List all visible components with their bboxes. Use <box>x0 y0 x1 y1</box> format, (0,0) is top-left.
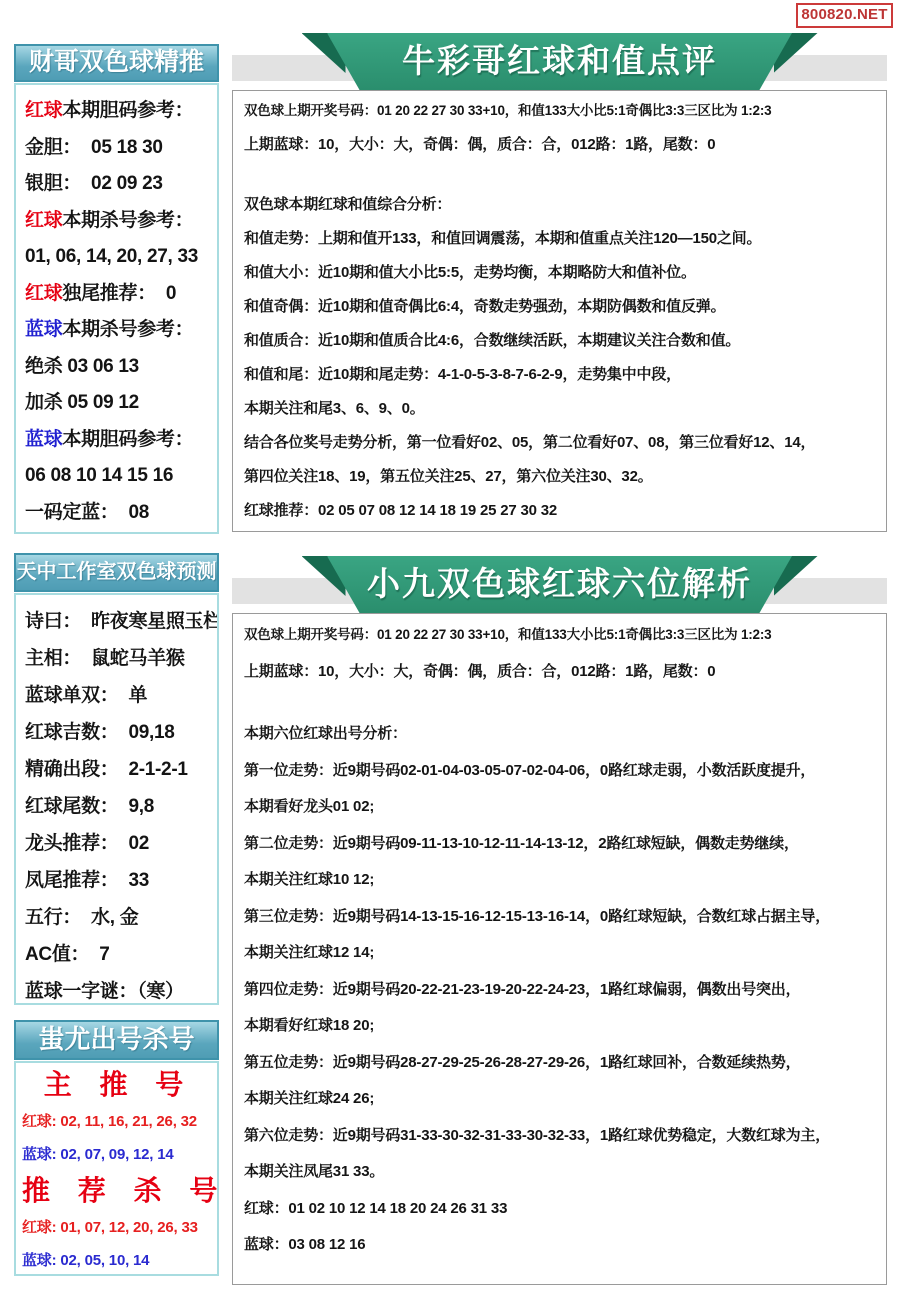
text-span: 本期关注凤尾31 33。 <box>244 1163 384 1180</box>
text-line: 红球: 01, 07, 12, 20, 26, 33 <box>22 1211 215 1244</box>
text-span: 本期看好红球18 20; <box>244 1017 374 1034</box>
panel-xiaojiu-content: 双色球上期开奖号码：01 20 22 27 30 33+10，和值133大小比5… <box>232 613 887 1285</box>
text-line: 本期关注凤尾31 33。 <box>244 1154 875 1191</box>
text-span: 蓝球一字谜：（寒） <box>25 981 184 1002</box>
text-line: 凤尾推荐： 33 <box>25 862 213 899</box>
text-span: 第三位走势：近9期号码14-13-15-16-12-15-13-16-14，0路… <box>244 908 830 925</box>
text-line: 红球：01 02 10 12 14 18 20 24 26 31 33 <box>244 1191 875 1228</box>
text-span: 双色球上期开奖号码：01 20 22 27 30 33+10，和值133大小比5… <box>244 103 771 118</box>
text-line: 和值大小：近10期和值大小比5:5，走势均衡，本期略防大和值补位。 <box>244 256 875 290</box>
text-span: 本期杀号参考： <box>62 210 193 231</box>
text-line: 蓝球：03 08 12 16 <box>244 1227 875 1264</box>
text-line: 龙头推荐： 02 <box>25 825 213 862</box>
text-span: 银胆： 02 09 23 <box>25 173 163 194</box>
text-span: 和值走势：上期和值开133，和值回调震荡，本期和值重点关注120—150之间。 <box>244 230 761 247</box>
text-line: 第四位关注18、19，第五位关注25、27，第六位关注30、32。 <box>244 460 875 494</box>
text-line: 第六位走势：近9期号码31-33-30-32-31-33-30-32-33，1路… <box>244 1118 875 1155</box>
text-span: 红球: 02, 11, 16, 21, 26, 32 <box>22 1113 197 1130</box>
panel-tianzhong-content: 诗曰： 昨夜寒星照玉栏主相： 鼠蛇马羊猴蓝球单双： 单红球吉数： 09,18精确… <box>14 593 219 1005</box>
text-line: 双色球上期开奖号码：01 20 22 27 30 33+10，和值133大小比5… <box>244 617 875 654</box>
text-span: 01, 06, 14, 20, 27, 33 <box>25 246 198 267</box>
text-span: 本期关注和尾3、6、9、0。 <box>244 400 425 417</box>
text-line: 第五位走势：近9期号码28-27-29-25-26-28-27-29-26，1路… <box>244 1045 875 1082</box>
text-line: 加杀 05 09 12 <box>25 385 213 422</box>
text-span: 推 荐 杀 号 <box>22 1175 219 1206</box>
panel-caige-title: 财哥双色球精推 <box>14 44 219 82</box>
text-span: 和值和尾：近10期和尾走势：4-1-0-5-3-8-7-6-2-9，走势集中中段… <box>244 366 681 383</box>
text-span: 本期胆码参考： <box>62 100 193 121</box>
text-line: 红球本期杀号参考： <box>25 203 213 240</box>
text-span: AC值： 7 <box>25 944 109 965</box>
text-line: 本期看好龙头01 02; <box>244 789 875 826</box>
panel-xiaojiu: 小九双色球红球六位解析 双色球上期开奖号码：01 20 22 27 30 33+… <box>232 556 887 1285</box>
site-badge: 800820.NET <box>796 3 893 28</box>
text-span: 双色球上期开奖号码：01 20 22 27 30 33+10，和值133大小比5… <box>244 627 771 642</box>
text-span: 上期蓝球：10，大小：大，奇偶：偶，质合：合，012路：1路，尾数：0 <box>244 663 715 680</box>
text-span: 蓝球：03 08 12 16 <box>244 1236 365 1253</box>
text-line: 本期看好红球18 20; <box>244 1008 875 1045</box>
text-span: 双色球本期红球和值综合分析： <box>244 196 451 213</box>
text-span: 主相： 鼠蛇马羊猴 <box>25 648 185 669</box>
panel-chiyou-content: 主 推 号红球: 02, 11, 16, 21, 26, 32蓝球: 02, 0… <box>14 1061 219 1276</box>
text-span: 蓝球 <box>25 429 62 450</box>
text-line: 本期关注红球24 26; <box>244 1081 875 1118</box>
blank-line <box>244 162 875 188</box>
panel-caige-content: 红球本期胆码参考：金胆： 05 18 30银胆： 02 09 23红球本期杀号参… <box>14 83 219 534</box>
text-line: 五行： 水, 金 <box>25 899 213 936</box>
text-line: 绝杀 03 06 13 <box>25 349 213 386</box>
text-span: 蓝球: 02, 05, 10, 14 <box>22 1252 149 1269</box>
panel-caige: 财哥双色球精推 红球本期胆码参考：金胆： 05 18 30银胆： 02 09 2… <box>14 44 219 534</box>
text-span: 和值质合：近10期和值质合比4:6，合数继续活跃，本期建议关注合数和值。 <box>244 332 740 349</box>
text-line: 蓝球本期胆码参考： <box>25 422 213 459</box>
panel-chiyou-title: 蚩尤出号杀号 <box>14 1020 219 1060</box>
text-line: 蓝球单双： 单 <box>25 677 213 714</box>
text-span: 主 推 号 <box>44 1069 194 1100</box>
panel-niucaige-content: 双色球上期开奖号码：01 20 22 27 30 33+10，和值133大小比5… <box>232 90 887 532</box>
text-span: 加杀 05 09 12 <box>25 392 139 413</box>
text-span: 本期胆码参考： <box>62 429 193 450</box>
text-span: 本期关注红球12 14; <box>244 944 374 961</box>
text-span: 第一位走势：近9期号码02-01-04-03-05-07-02-04-06，0路… <box>244 762 815 779</box>
text-span: 凤尾推荐： 33 <box>25 870 149 891</box>
text-line: 推 荐 杀 号 <box>22 1171 215 1211</box>
text-span: 精确出段： 2-1-2-1 <box>25 759 188 780</box>
page: 800820.NET 财哥双色球精推 红球本期胆码参考：金胆： 05 18 30… <box>0 0 900 1298</box>
banner-xiaojiu: 小九双色球红球六位解析 <box>232 556 887 613</box>
panel-tianzhong-title: 天中工作室双色球预测 <box>14 553 219 592</box>
text-line: 本期关注和尾3、6、9、0。 <box>244 392 875 426</box>
text-line: 双色球本期红球和值综合分析： <box>244 188 875 222</box>
text-line: 蓝球一字谜：（寒） <box>25 973 213 1005</box>
text-line: 本期关注红球10 12; <box>244 862 875 899</box>
text-line: 红球吉数： 09,18 <box>25 714 213 751</box>
text-line: 和值奇偶：近10期和值奇偶比6:4，奇数走势强劲，本期防偶数和值反弹。 <box>244 290 875 324</box>
text-span: 蓝球单双： 单 <box>25 685 147 706</box>
text-span: 本期关注红球24 26; <box>244 1090 374 1107</box>
text-span: 第四位走势：近9期号码20-22-21-23-19-20-22-24-23，1路… <box>244 981 800 998</box>
text-span: 红球 <box>25 283 62 304</box>
text-line: AC值： 7 <box>25 936 213 973</box>
text-line: 本期六位红球出号分析： <box>244 716 875 753</box>
text-span: 五行： 水, 金 <box>25 907 138 928</box>
text-span: 独尾推荐： 0 <box>62 283 176 304</box>
text-span: 结合各位奖号走势分析，第一位看好02、05，第二位看好07、08，第三位看好12… <box>244 434 815 451</box>
text-span: 绝杀 03 06 13 <box>25 356 139 377</box>
text-span: 第二位走势：近9期号码09-11-13-10-12-11-14-13-12，2路… <box>244 835 799 852</box>
text-span: 06 08 10 14 15 16 <box>25 465 173 486</box>
text-line: 双色球上期开奖号码：01 20 22 27 30 33+10，和值133大小比5… <box>244 94 875 128</box>
text-line: 主 推 号 <box>22 1065 215 1105</box>
text-span: 红球吉数： 09,18 <box>25 722 175 743</box>
text-line: 和值质合：近10期和值质合比4:6，合数继续活跃，本期建议关注合数和值。 <box>244 324 875 358</box>
text-span: 龙头推荐： 02 <box>25 833 149 854</box>
text-line: 红球: 02, 11, 16, 21, 26, 32 <box>22 1105 215 1138</box>
text-span: 诗曰： 昨夜寒星照玉栏 <box>25 611 219 632</box>
text-span: 红球尾数： 9,8 <box>25 796 154 817</box>
text-line: 主相： 鼠蛇马羊猴 <box>25 640 213 677</box>
text-line: 06 08 10 14 15 16 <box>25 458 213 495</box>
text-span: 红球：01 02 10 12 14 18 20 24 26 31 33 <box>244 1200 507 1217</box>
panel-tianzhong: 天中工作室双色球预测 诗曰： 昨夜寒星照玉栏主相： 鼠蛇马羊猴蓝球单双： 单红球… <box>14 553 219 1005</box>
text-span: 红球 <box>25 210 62 231</box>
panel-niucaige: 牛彩哥红球和值点评 双色球上期开奖号码：01 20 22 27 30 33+10… <box>232 33 887 532</box>
text-span: 第五位走势：近9期号码28-27-29-25-26-28-27-29-26，1路… <box>244 1054 800 1071</box>
text-line: 上期蓝球：10，大小：大，奇偶：偶，质合：合，012路：1路，尾数：0 <box>244 128 875 162</box>
text-line: 诗曰： 昨夜寒星照玉栏 <box>25 603 213 640</box>
text-line: 结合各位奖号走势分析，第一位看好02、05，第二位看好07、08，第三位看好12… <box>244 426 875 460</box>
text-span: 本期六位红球出号分析： <box>244 725 407 742</box>
text-span: 红球推荐：02 05 07 08 12 14 18 19 25 27 30 32 <box>244 502 557 519</box>
text-line: 01, 06, 14, 20, 27, 33 <box>25 239 213 276</box>
text-line: 红球本期胆码参考： <box>25 93 213 130</box>
text-line: 红球推荐：02 05 07 08 12 14 18 19 25 27 30 32 <box>244 494 875 528</box>
banner-niucaige: 牛彩哥红球和值点评 <box>232 33 887 90</box>
text-span: 本期关注红球10 12; <box>244 871 374 888</box>
text-span: 上期蓝球：10，大小：大，奇偶：偶，质合：合，012路：1路，尾数：0 <box>244 136 715 153</box>
text-line: 本期关注红球12 14; <box>244 935 875 972</box>
text-span: 一码定蓝： 08 <box>25 502 149 523</box>
text-span: 红球 <box>25 100 62 121</box>
text-span: 红球: 01, 07, 12, 20, 26, 33 <box>22 1219 198 1236</box>
text-line: 第三位走势：近9期号码14-13-15-16-12-15-13-16-14，0路… <box>244 899 875 936</box>
banner-xiaojiu-title: 小九双色球红球六位解析 <box>327 556 792 613</box>
text-line: 红球独尾推荐： 0 <box>25 276 213 313</box>
text-span: 本期看好龙头01 02; <box>244 798 374 815</box>
text-span: 蓝球 <box>25 319 62 340</box>
text-span: 和值奇偶：近10期和值奇偶比6:4，奇数走势强劲，本期防偶数和值反弹。 <box>244 298 725 315</box>
text-line: 金胆： 05 18 30 <box>25 130 213 167</box>
text-line: 第一位走势：近9期号码02-01-04-03-05-07-02-04-06，0路… <box>244 753 875 790</box>
text-line: 精确出段： 2-1-2-1 <box>25 751 213 788</box>
text-line: 红球尾数： 9,8 <box>25 788 213 825</box>
blank-line <box>244 690 875 716</box>
text-span: 蓝球: 02, 07, 09, 12, 14 <box>22 1146 174 1163</box>
text-line: 第四位走势：近9期号码20-22-21-23-19-20-22-24-23，1路… <box>244 972 875 1009</box>
text-line: 第二位走势：近9期号码09-11-13-10-12-11-14-13-12，2路… <box>244 826 875 863</box>
text-line: 银胆： 02 09 23 <box>25 166 213 203</box>
text-line: 上期蓝球：10，大小：大，奇偶：偶，质合：合，012路：1路，尾数：0 <box>244 654 875 691</box>
text-span: 第六位走势：近9期号码31-33-30-32-31-33-30-32-33，1路… <box>244 1127 830 1144</box>
text-line: 和值走势：上期和值开133，和值回调震荡，本期和值重点关注120—150之间。 <box>244 222 875 256</box>
text-span: 第四位关注18、19，第五位关注25、27，第六位关注30、32。 <box>244 468 653 485</box>
text-span: 金胆： 05 18 30 <box>25 137 163 158</box>
text-span: 本期杀号参考： <box>62 319 193 340</box>
text-line: 一码定蓝： 08 <box>25 495 213 532</box>
text-line: 蓝球: 02, 07, 09, 12, 14 <box>22 1138 215 1171</box>
text-line: 蓝球: 02, 05, 10, 14 <box>22 1244 215 1276</box>
text-line: 和值和尾：近10期和尾走势：4-1-0-5-3-8-7-6-2-9，走势集中中段… <box>244 358 875 392</box>
panel-chiyou: 蚩尤出号杀号 主 推 号红球: 02, 11, 16, 21, 26, 32蓝球… <box>14 1020 219 1276</box>
banner-niucaige-title: 牛彩哥红球和值点评 <box>327 33 792 90</box>
text-span: 和值大小：近10期和值大小比5:5，走势均衡，本期略防大和值补位。 <box>244 264 696 281</box>
text-line: 蓝球本期杀号参考： <box>25 312 213 349</box>
